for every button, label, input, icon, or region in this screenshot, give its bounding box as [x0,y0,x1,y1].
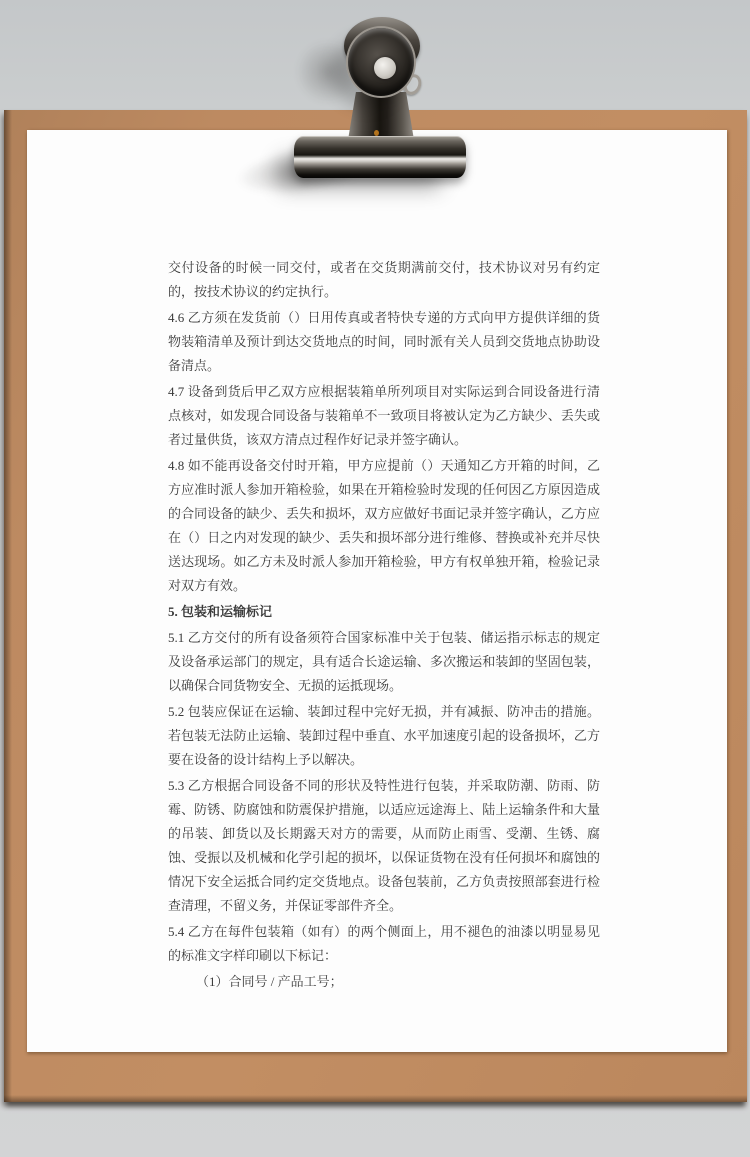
paragraph: 5. 包装和运输标记 [168,600,600,624]
clip-neck [348,92,414,140]
document-text: 交付设备的时候一同交付，或者在交货期满前交付，技术协议对另有约定的，按技术协议的… [168,256,600,996]
clip-ring-icon [346,26,416,98]
paragraph: 5.1 乙方交付的所有设备须符合国家标准中关于包装、储运指示标志的规定及设备承运… [168,626,600,698]
paragraph: （1）合同号 / 产品工号； [168,970,600,994]
contract-paper: 交付设备的时候一同交付，或者在交货期满前交付，技术协议对另有约定的，按技术协议的… [27,130,727,1052]
paragraph: 5.2 包装应保证在运输、装卸过程中完好无损，并有减振、防冲击的措施。若包装无法… [168,700,600,772]
photo-scene: 交付设备的时候一同交付，或者在交货期满前交付，技术协议对另有约定的，按技术协议的… [0,0,750,1157]
paragraph: 5.3 乙方根据合同设备不同的形状及特性进行包装，并采取防潮、防雨、防霉、防锈、… [168,774,600,918]
clip-clamp-bar [294,136,466,178]
paragraph: 4.8 如不能再设备交付时开箱，甲方应提前（）天通知乙方开箱的时间，乙方应准时派… [168,454,600,598]
clip-ring-hole [374,57,396,79]
paragraph: 交付设备的时候一同交付，或者在交货期满前交付，技术协议对另有约定的，按技术协议的… [168,256,600,304]
paragraph: 4.7 设备到货后甲乙双方应根据装箱单所列项目对实际运到合同设备进行清点核对，如… [168,380,600,452]
paragraph: 5.4 乙方在每件包装箱（如有）的两个侧面上，用不褪色的油漆以明显易见的标准文字… [168,920,600,968]
paragraph: 4.6 乙方须在发货前（）日用传真或者特快专递的方式向甲方提供详细的货物装箱清单… [168,306,600,378]
